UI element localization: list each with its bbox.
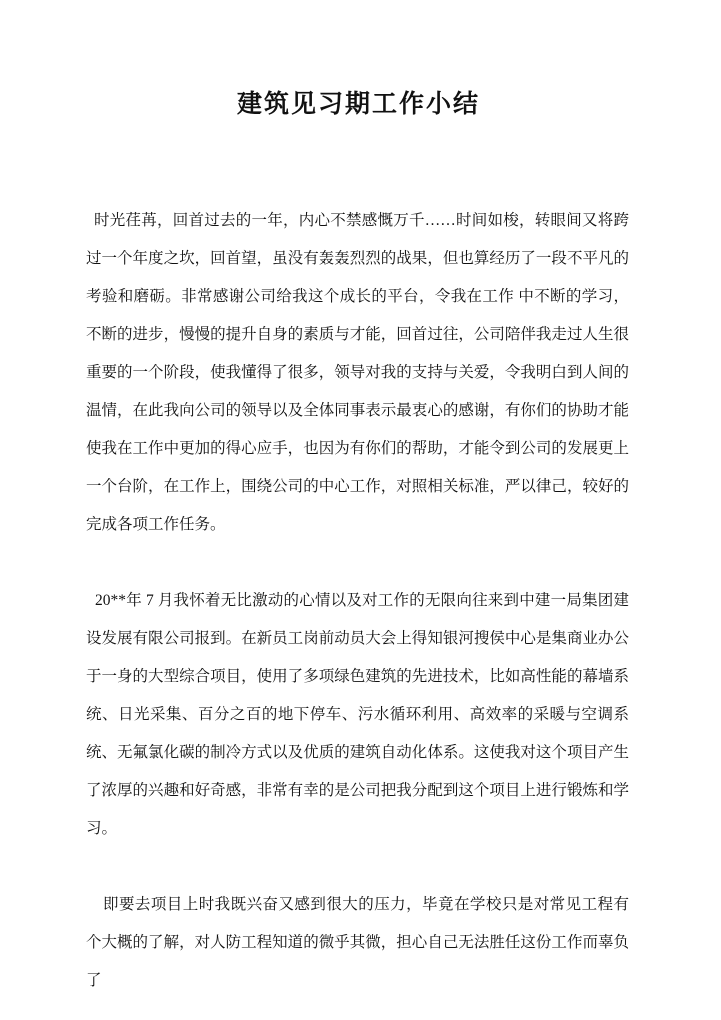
paragraph-2: 20**年 7 月我怀着无比激动的心情以及对工作的无限向往来到中建一局集团建设发…	[86, 582, 629, 848]
document-title: 建筑见习期工作小结	[86, 88, 631, 122]
document-page: 建筑见习期工作小结 时光荏苒，回首过去的一年，内心不禁感慨万千……时间如梭，转眼…	[0, 0, 721, 1020]
document-body: 时光荏苒，回首过去的一年，内心不禁感慨万千……时间如梭，转眼间又将跨过一个年度之…	[86, 202, 629, 1000]
paragraph-1: 时光荏苒，回首过去的一年，内心不禁感慨万千……时间如梭，转眼间又将跨过一个年度之…	[86, 202, 629, 544]
paragraph-3: 即要去项目上时我既兴奋又感到很大的压力，毕竟在学校只是对常见工程有个大概的了解，…	[86, 886, 629, 1000]
